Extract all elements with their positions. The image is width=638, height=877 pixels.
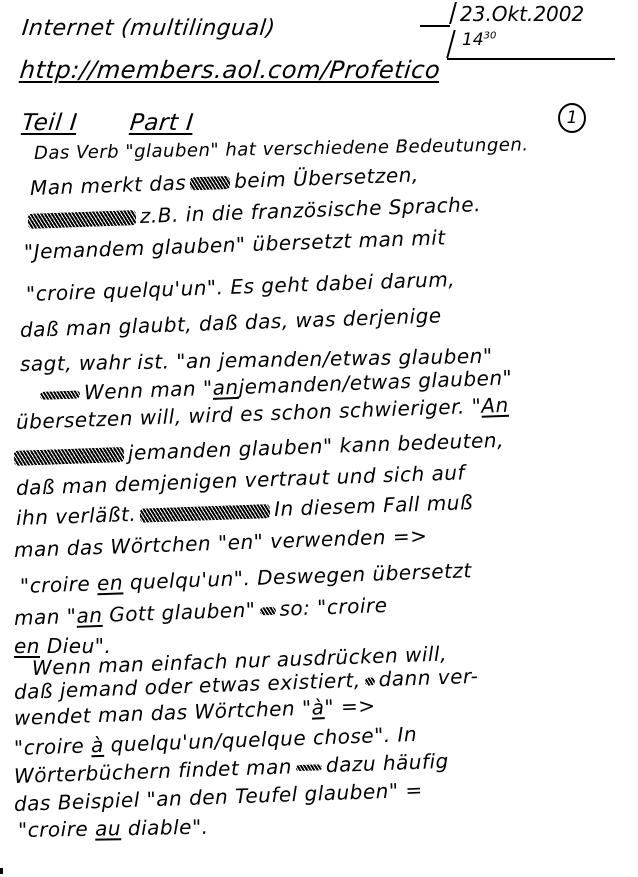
line-15: man "an Gott glauben"so: "croire <box>14 593 388 630</box>
scribble-mark <box>14 447 124 466</box>
line-23-pre: "croire <box>18 817 89 842</box>
url-text: http://members.aol.com/Profetico <box>19 56 442 84</box>
line-20-pre: "croire <box>14 734 85 760</box>
date-text: 23.Okt.2002 <box>460 2 584 26</box>
heading-part: Part I <box>129 110 195 136</box>
line-19-post: " => <box>324 693 376 719</box>
line-21-post: dazu häufig <box>325 749 449 777</box>
line-13: man das Wörtchen "en" verwenden => <box>14 524 428 562</box>
page-number-circle: 1 <box>558 103 586 133</box>
line-2-post: beim Übersetzen, <box>234 162 419 192</box>
underlined-en: en <box>14 634 40 658</box>
time-text: 1430 <box>462 30 496 50</box>
line-14-pre: "croire <box>20 572 91 598</box>
time-bracket-line <box>447 58 615 60</box>
line-5: "croire quelqu'un". Es geht dabei darum, <box>26 267 456 306</box>
line-3-post: z.B. in die französische Sprache. <box>140 192 482 228</box>
line-8-pre: Wenn man <box>84 376 197 404</box>
date-bracket <box>449 2 457 24</box>
underlined-au: au <box>95 816 121 840</box>
line-2-pre: Man merkt das <box>30 171 187 200</box>
line-1: Das Verb "glauben" hat verschiedene Bede… <box>34 134 529 164</box>
date-bracket-line <box>420 25 450 27</box>
line-15-pre: man " <box>14 604 77 630</box>
underlined-An: An <box>481 393 509 418</box>
scribble-mark <box>259 606 275 615</box>
line-14-post: quelqu'un". Deswegen übersetzt <box>129 558 472 594</box>
scribble-mark <box>296 764 322 771</box>
scribble-mark <box>365 677 375 685</box>
time-minutes: 30 <box>484 30 497 41</box>
line-12-post: In diesem Fall muß <box>274 490 474 521</box>
handwritten-page: Internet (multilingual) http://members.a… <box>0 0 638 877</box>
scribble-mark <box>190 176 230 190</box>
time-bracket <box>446 30 456 58</box>
line-2: Man merkt dasbeim Übersetzen, <box>30 162 419 200</box>
line-18-post: dann ver- <box>378 664 478 691</box>
line-12-pre: ihn verläßt. <box>16 502 137 530</box>
scribble-mark <box>28 210 136 229</box>
line-4: "Jemandem glauben" übersetzt man mit <box>24 225 446 264</box>
underlined-an: an <box>212 375 239 400</box>
underlined-an: an <box>76 603 103 628</box>
underlined-a-grave: à <box>91 733 105 757</box>
scribble-mark <box>40 390 80 399</box>
line-23: "croire au diable". <box>18 815 209 842</box>
heading-teil: Teil I <box>21 110 79 136</box>
line-15-post: so: "croire <box>279 593 388 621</box>
scan-speck <box>0 868 3 874</box>
underlined-en: en <box>97 570 124 595</box>
line-14: "croire en quelqu'un". Deswegen übersetz… <box>20 558 473 598</box>
underlined-a-grave: à <box>311 695 325 719</box>
line-15-mid: Gott glauben" <box>109 598 256 627</box>
line-23-post: diable". <box>128 815 209 840</box>
time-hour: 14 <box>462 30 484 50</box>
scribble-mark <box>140 504 270 523</box>
line-6: daß man glaubt, daß das, was derjenige <box>20 303 442 342</box>
page-title: Internet (multilingual) <box>21 16 277 41</box>
line-10-post: jemanden glauben" kann bedeuten, <box>128 428 505 465</box>
